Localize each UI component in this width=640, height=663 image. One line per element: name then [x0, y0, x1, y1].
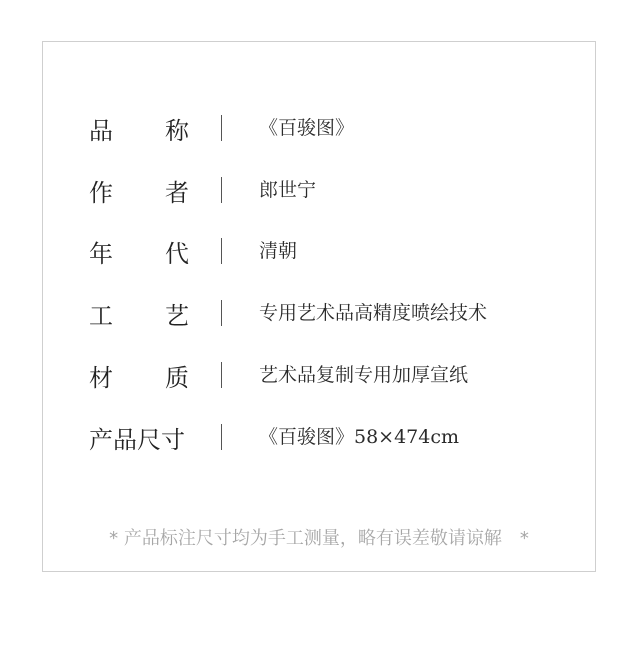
label-char: 质 — [165, 358, 189, 393]
spec-value: 郎世宁 — [259, 175, 316, 205]
spec-label: 年 代 — [89, 236, 189, 266]
label-char: 者 — [165, 173, 189, 208]
spec-label: 产品尺寸 — [89, 422, 189, 452]
spec-label: 材 质 — [89, 360, 189, 390]
separator — [221, 362, 222, 388]
spec-value: 专用艺术品高精度喷绘技术 — [259, 298, 487, 328]
separator — [221, 300, 222, 326]
footer-note: * 产品标注尺寸均为手工测量，略有误差敬请谅解 * — [43, 524, 595, 550]
spec-row-material: 材 质 艺术品复制专用加厚宣纸 — [43, 360, 595, 390]
separator — [221, 115, 222, 141]
label-char: 艺 — [165, 296, 189, 331]
spec-label: 工 艺 — [89, 298, 189, 328]
product-spec-card: 品 称 《百骏图》 作 者 郎世宁 年 代 清朝 工 艺 专用艺术品高精度喷绘技… — [42, 41, 596, 572]
spec-label: 品 称 — [89, 113, 189, 143]
label-char: 作 — [89, 173, 113, 208]
separator — [221, 238, 222, 264]
spec-row-craft: 工 艺 专用艺术品高精度喷绘技术 — [43, 298, 595, 328]
spec-value: 艺术品复制专用加厚宣纸 — [259, 360, 468, 390]
spec-row-author: 作 者 郎世宁 — [43, 175, 595, 205]
spec-row-name: 品 称 《百骏图》 — [43, 113, 595, 143]
label-char: 工 — [89, 296, 113, 331]
spec-row-size: 产品尺寸 《百骏图》58×474cm — [43, 422, 595, 452]
label-char: 材 — [89, 358, 113, 393]
label-char: 年 — [89, 234, 113, 269]
separator — [221, 424, 222, 450]
label-char: 代 — [165, 234, 189, 269]
spec-row-era: 年 代 清朝 — [43, 236, 595, 266]
label-char: 品 — [89, 111, 113, 146]
label-char: 称 — [165, 111, 189, 146]
spec-label: 作 者 — [89, 175, 189, 205]
separator — [221, 177, 222, 203]
spec-value: 《百骏图》58×474cm — [259, 422, 459, 452]
spec-value: 清朝 — [259, 236, 297, 266]
spec-value: 《百骏图》 — [259, 113, 354, 143]
